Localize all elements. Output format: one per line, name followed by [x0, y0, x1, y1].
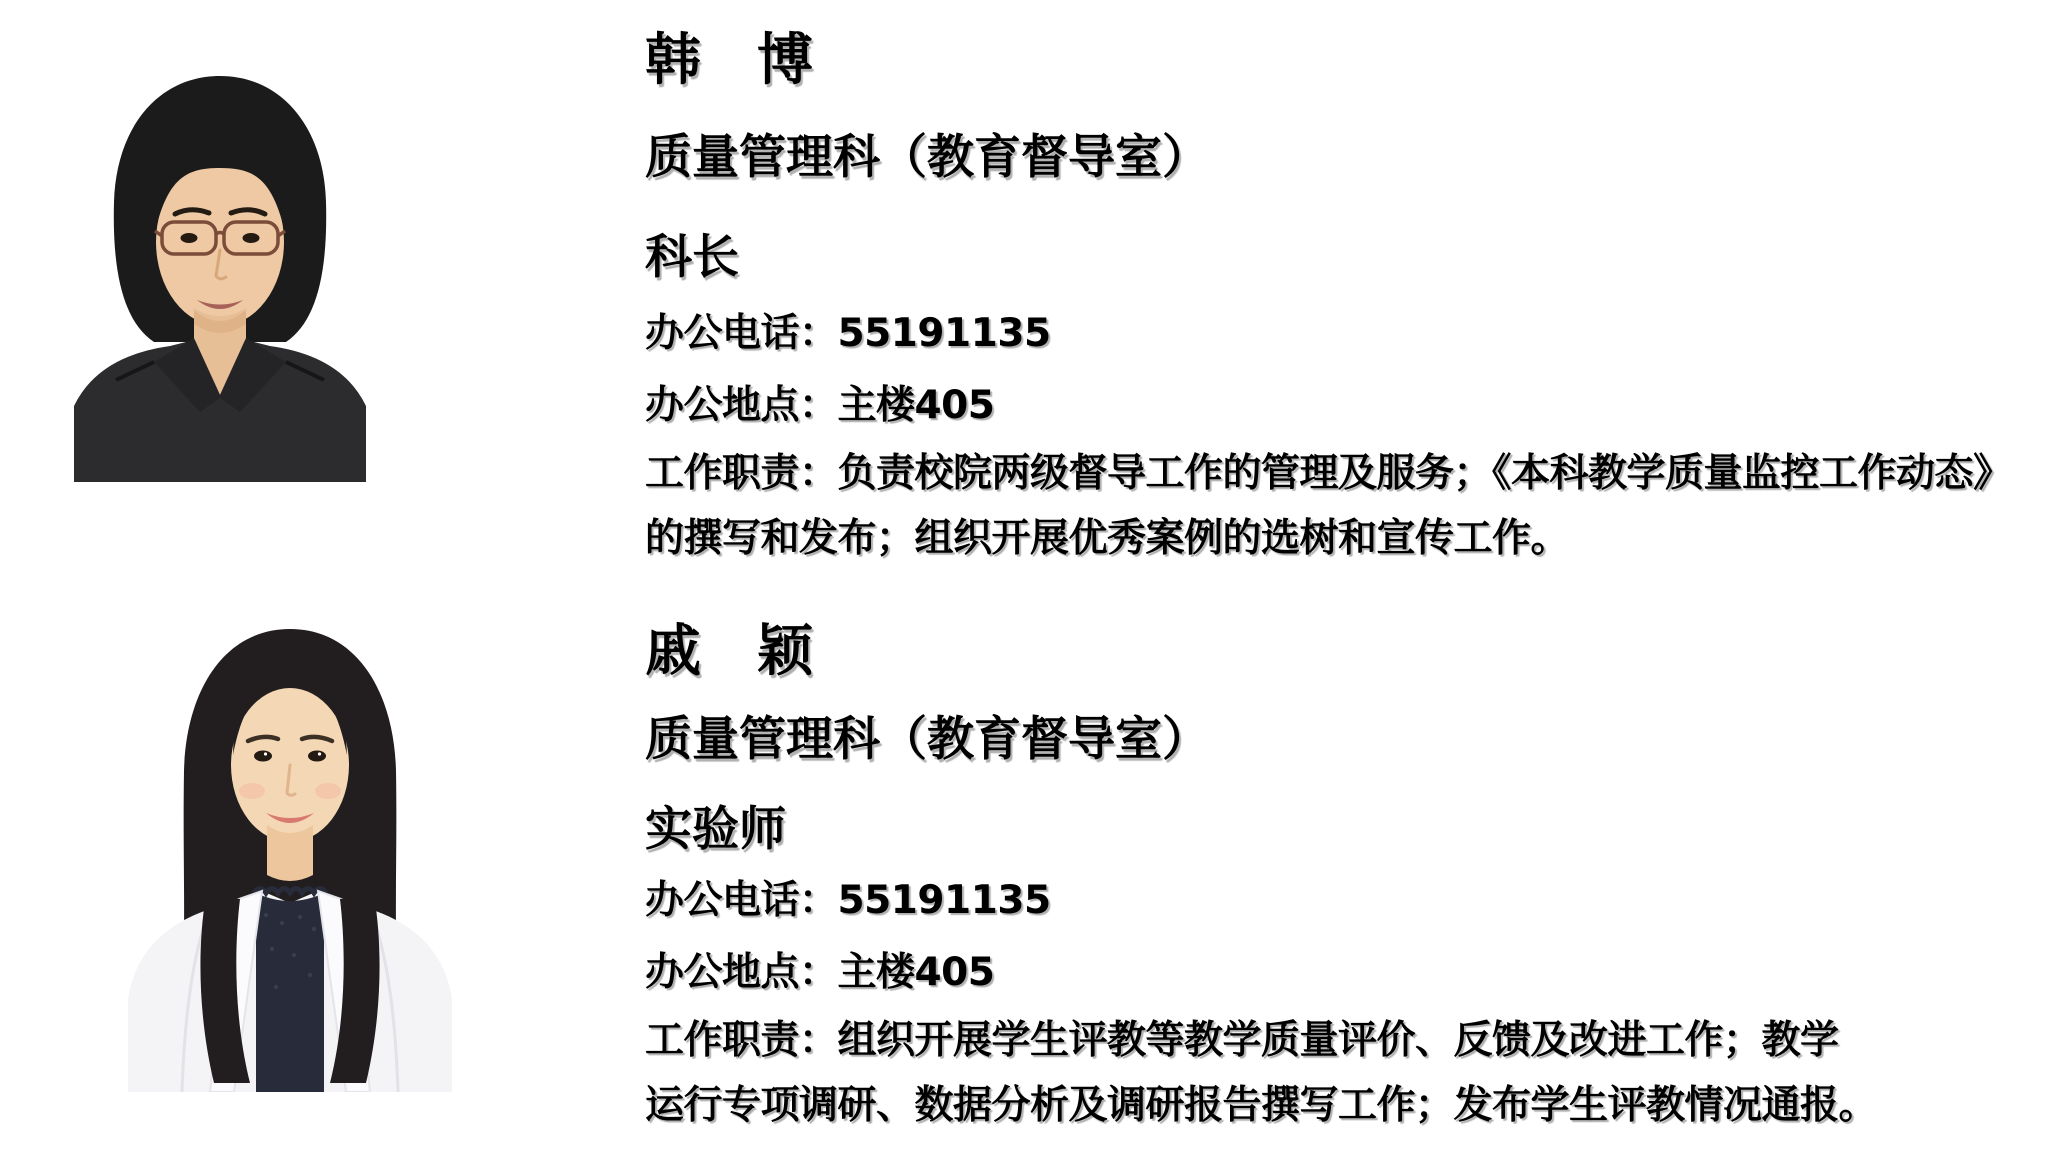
staff-duties-line-2: 的撰写和发布；组织开展优秀案例的选树和宣传工作。 [645, 519, 1569, 558]
photo2-inner-top [254, 889, 326, 1093]
staff-name: 戚 颖 [645, 624, 813, 680]
duties-label: 工作职责： [645, 1018, 838, 1063]
staff-location-line: 办公地点：主楼405 [645, 953, 994, 992]
staff-duties-line-1: 工作职责：负责校院两级督导工作的管理及服务；《本科教学质量监控工作动态》 [645, 454, 2012, 493]
location-value: 主楼405 [838, 383, 995, 428]
staff-phone-line: 办公电话：55191135 [645, 314, 1051, 353]
staff-duties-line-1: 工作职责：组织开展学生评教等教学质量评价、反馈及改进工作；教学 [645, 1021, 1839, 1060]
staff-photo-1 [58, 50, 382, 482]
location-value: 主楼405 [838, 950, 995, 995]
portrait-woman-glasses [58, 50, 382, 482]
staff-name: 韩 博 [645, 33, 813, 89]
staff-department: 质量管理科（教育督导室） [645, 716, 1209, 763]
staff-location-line: 办公地点：主楼405 [645, 386, 994, 425]
duties-text-1: 负责校院两级督导工作的管理及服务；《本科教学质量监控工作动态》 [838, 451, 2012, 496]
phone-value: 55191135 [838, 311, 1051, 356]
staff-department: 质量管理科（教育督导室） [645, 134, 1209, 181]
duties-label: 工作职责： [645, 451, 838, 496]
duties-text-1: 组织开展学生评教等教学质量评价、反馈及改进工作；教学 [838, 1018, 1839, 1063]
staff-photo-2 [106, 603, 473, 1092]
portrait-woman-long-hair [106, 603, 473, 1092]
location-label: 办公地点： [645, 950, 838, 995]
photo2-neck [267, 825, 313, 881]
staff-duties-line-2: 运行专项调研、数据分析及调研报告撰写工作；发布学生评教情况通报。 [645, 1086, 1877, 1125]
phone-label: 办公电话： [645, 878, 838, 923]
phone-label: 办公电话： [645, 311, 838, 356]
staff-phone-line: 办公电话：55191135 [645, 881, 1051, 920]
page: { "page": { "background": "#ffffff", "te… [0, 0, 2048, 1151]
phone-value: 55191135 [838, 878, 1051, 923]
staff-title: 科长 [645, 234, 739, 281]
location-label: 办公地点： [645, 383, 838, 428]
staff-title: 实验师 [645, 806, 786, 853]
